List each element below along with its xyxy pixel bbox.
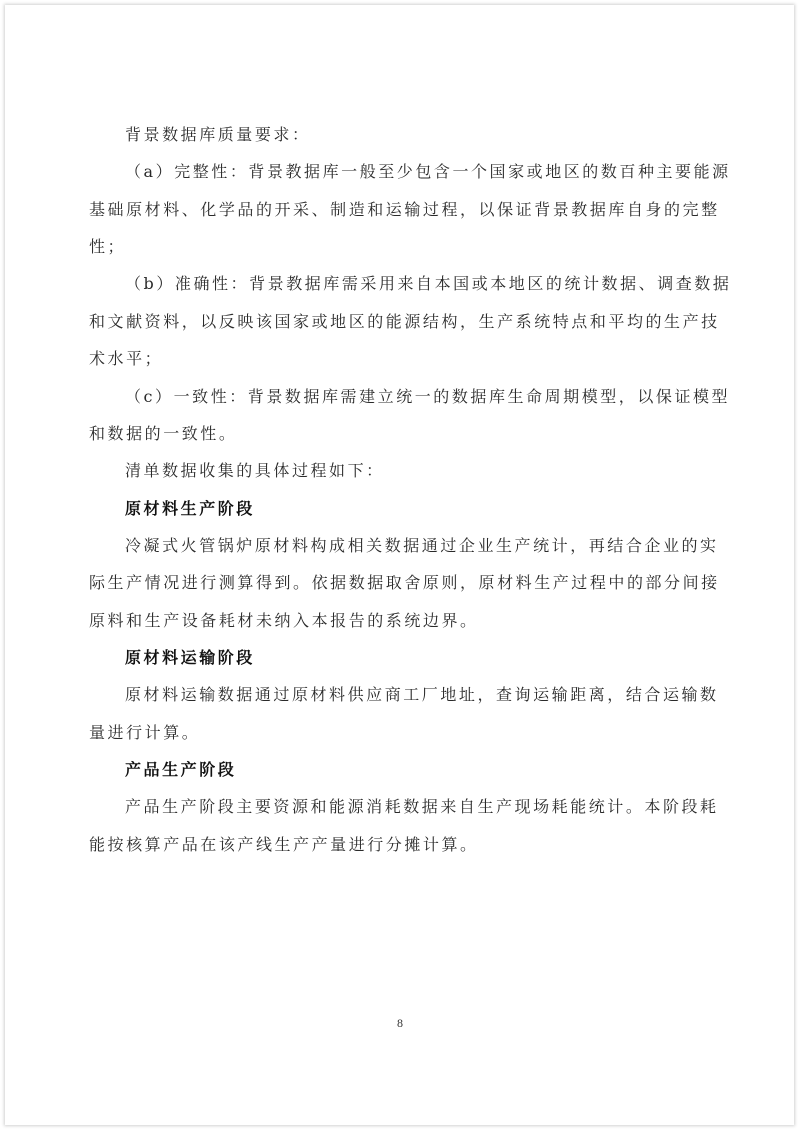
item-a-line-1: （a）完整性：背景教据库一般至少包含一个国家或地区的数百种主要能源 [89, 153, 723, 190]
item-a-line-2: 基础原材料、化学品的开采、制造和运输过程，以保证背景教据库自身的完整 [89, 191, 723, 228]
item-b-line-3: 术水平； [89, 340, 723, 377]
heading-raw-material-transport: 原材料运输阶段 [89, 639, 723, 676]
item-a-line-3: 性； [89, 228, 723, 265]
item-b-line-2: 和文献资料，以反映该国家或地区的能源结构，生产系统特点和平均的生产技 [89, 303, 723, 340]
process-intro: 清单数据收集的具体过程如下： [89, 452, 723, 489]
heading-raw-material-production: 原材料生产阶段 [89, 490, 723, 527]
document-page: 背景数据库质量要求： （a）完整性：背景教据库一般至少包含一个国家或地区的数百种… [5, 5, 794, 1125]
page-number: 8 [0, 1016, 800, 1031]
product-production-line-1: 产品生产阶段主要资源和能源消耗数据来自生产现场耗能统计。本阶段耗 [89, 788, 723, 825]
raw-material-production-line-3: 原料和生产设备耗材未纳入本报告的系统边界。 [89, 602, 723, 639]
raw-material-production-line-2: 际生产情况进行测算得到。依据数据取舍原则，原材料生产过程中的部分间接 [89, 564, 723, 601]
product-production-line-2: 能按核算产品在该产线生产产量进行分摊计算。 [89, 826, 723, 863]
page-body: 背景数据库质量要求： （a）完整性：背景教据库一般至少包含一个国家或地区的数百种… [89, 116, 723, 863]
raw-material-transport-line-2: 量进行计算。 [89, 714, 723, 751]
item-c-line-1: （c）一致性：背景数据库需建立统一的数据库生命周期模型，以保证模型 [89, 378, 723, 415]
raw-material-transport-line-1: 原材料运输数据通过原材料供应商工厂地址，查询运输距离，结合运输数 [89, 676, 723, 713]
raw-material-production-line-1: 冷凝式火管锅炉原材料构成相关数据通过企业生产统计，再结合企业的实 [89, 527, 723, 564]
item-c-line-2: 和数据的一致性。 [89, 415, 723, 452]
heading-product-production: 产品生产阶段 [89, 751, 723, 788]
paragraph-intro: 背景数据库质量要求： [89, 116, 723, 153]
item-b-line-1: （b）准确性：背景教据库需采用来自本国或本地区的统计数据、调查数据 [89, 265, 723, 302]
